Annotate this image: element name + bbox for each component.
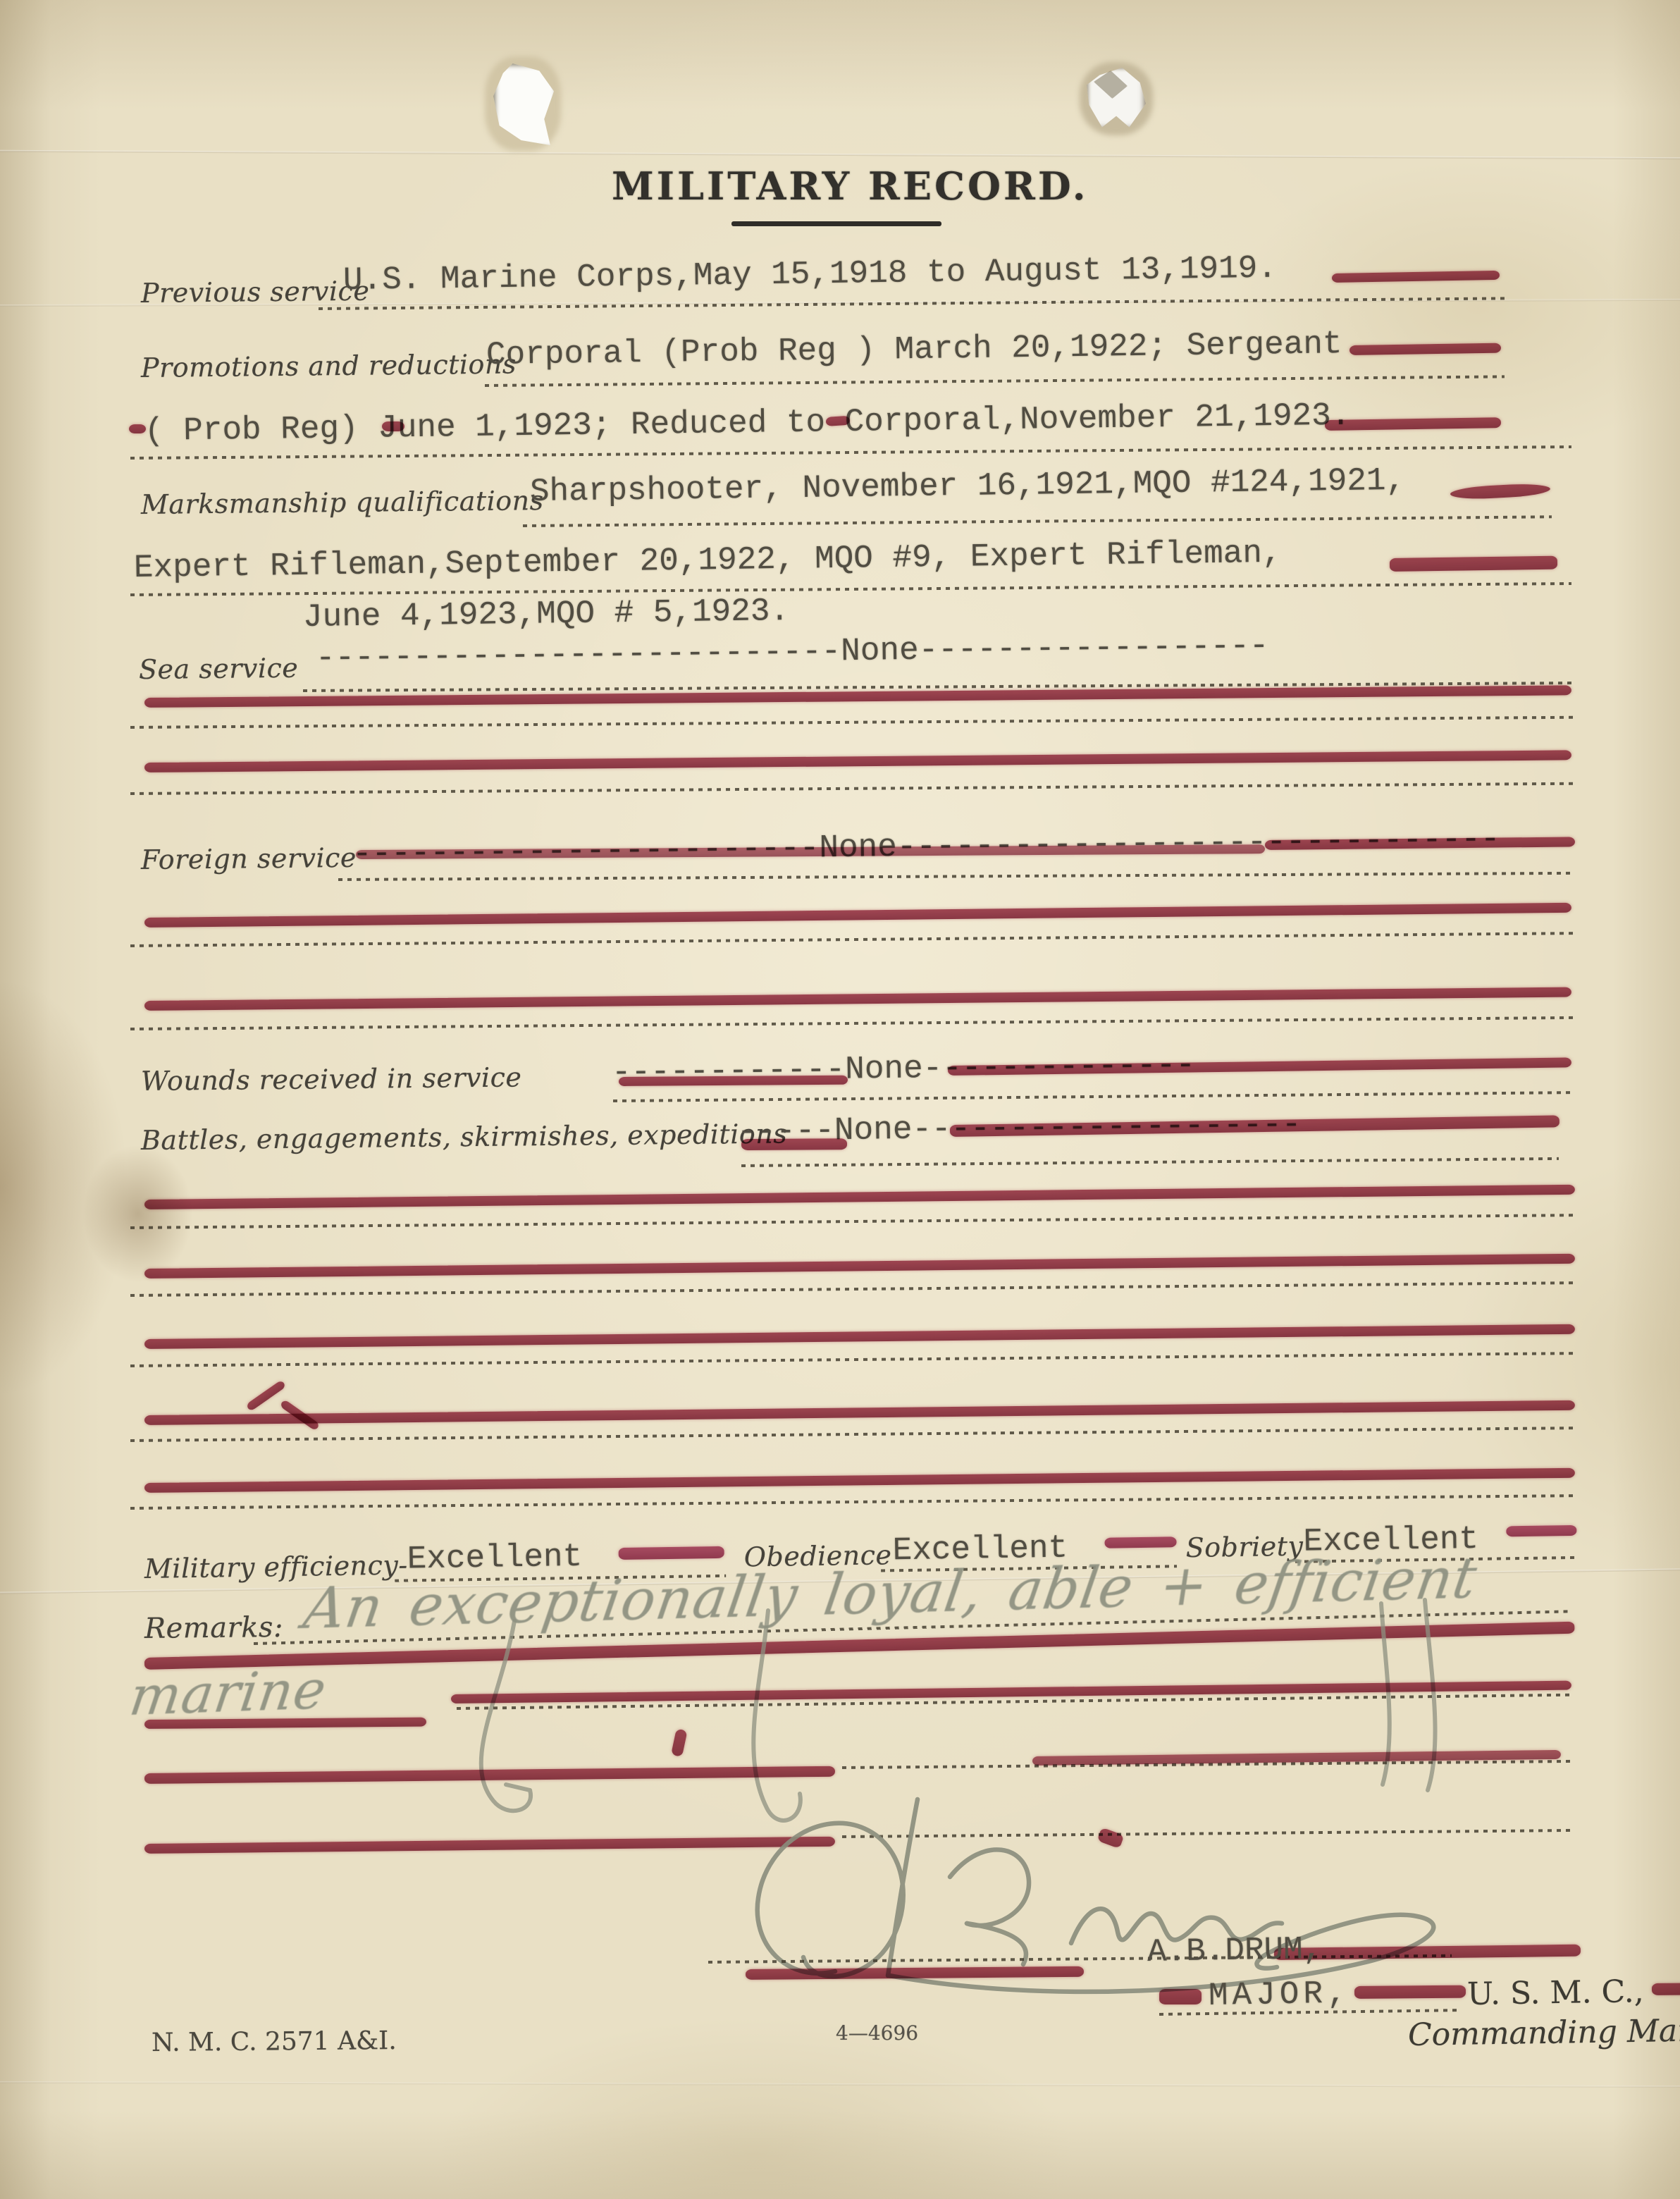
red-pen-dash <box>1506 1525 1576 1536</box>
red-strike-line <box>144 1400 1575 1425</box>
previous-service-label: Previous service <box>141 276 370 309</box>
form-rule <box>130 1214 1575 1229</box>
page-title: MILITARY RECORD. <box>612 164 1089 209</box>
form-number: N. M. C. 2571 A&I. <box>152 2026 397 2057</box>
form-rule <box>130 445 1571 460</box>
red-pen-tick <box>129 424 146 433</box>
marksmanship-value-line1: Sharpshooter, November 16,1921,MQO #124,… <box>530 462 1406 510</box>
promotions-label: Promotions and reductions <box>141 348 517 383</box>
red-pen-dash <box>1332 271 1500 283</box>
remarks-label: Remarks: <box>144 1611 283 1645</box>
red-strike-line <box>144 903 1571 928</box>
red-pen-dash <box>1104 1536 1176 1548</box>
paper-crease <box>0 150 1680 159</box>
promotions-value-line2: ( Prob Reg) June 1,1923; Reduced to Corp… <box>144 398 1351 450</box>
sea-service-label: Sea service <box>139 653 299 685</box>
form-rule <box>130 716 1575 729</box>
battles-label: Battles, engagements, skirmishes, expedi… <box>141 1118 788 1156</box>
red-strike-line <box>144 1468 1575 1493</box>
red-strike-bump <box>246 1380 287 1412</box>
red-strike-line <box>144 750 1571 772</box>
form-rule <box>613 1091 1571 1102</box>
signer-role: Commanding Marines. <box>1408 2012 1680 2053</box>
red-pen-dash <box>1325 417 1501 431</box>
form-rule <box>485 375 1505 387</box>
form-rule <box>130 932 1575 947</box>
signer-rank: MAJOR, <box>1209 1975 1352 2014</box>
military-record-document: MILITARY RECORD. Previous service U.S. M… <box>0 0 1680 2199</box>
form-rule <box>130 1281 1575 1297</box>
signer-branch: U. S. M. C., <box>1467 1973 1644 2012</box>
red-pen-dash <box>1390 556 1557 572</box>
red-strike-line <box>144 1254 1575 1279</box>
marksmanship-value-line3: June 4,1923,MQO # 5,1923. <box>303 593 790 636</box>
red-pen-dash <box>1652 1983 1680 1995</box>
form-rule <box>130 1352 1575 1367</box>
red-pen-tick <box>382 421 404 431</box>
red-pen-dash <box>1354 1985 1466 1999</box>
red-strike-line <box>144 1185 1575 1209</box>
form-rule <box>130 582 1571 596</box>
form-rule <box>130 1016 1575 1030</box>
form-rule <box>338 872 1571 881</box>
promotions-value-line1: Corporal (Prob Reg ) March 20,1922; Serg… <box>486 326 1342 374</box>
red-pen-blob <box>1159 1989 1202 2004</box>
signer-name: A.B.DRUM, <box>1147 1931 1323 1971</box>
wounds-label: Wounds received in service <box>141 1061 522 1097</box>
red-pen-dash <box>619 1546 724 1560</box>
marksmanship-label: Marksmanship qualifications <box>141 485 544 520</box>
form-rule <box>741 1157 1559 1167</box>
sea-service-value: ---------------------------None---------… <box>316 627 1269 677</box>
red-pen-dash <box>741 1138 847 1150</box>
form-rule <box>130 1427 1575 1442</box>
red-pen-dash <box>619 1076 848 1086</box>
previous-service-value: U.S. Marine Corps,May 15,1918 to August … <box>343 250 1278 299</box>
form-rule <box>130 782 1575 795</box>
red-strike-line <box>144 987 1571 1011</box>
signature-drum <box>705 1794 1515 1998</box>
marksmanship-value-line2: Expert Rifleman,September 20,1922, MQO #… <box>134 535 1282 586</box>
red-strike-line <box>144 1324 1575 1349</box>
foreign-service-label: Foreign service <box>141 842 357 875</box>
form-rule <box>130 1494 1575 1510</box>
paper-crease <box>0 2081 1680 2088</box>
red-pen-squiggle <box>1450 483 1551 500</box>
red-pen-dash <box>1349 343 1501 355</box>
form-rule <box>523 515 1552 527</box>
print-code: 4—4696 <box>836 2021 918 2045</box>
title-rule <box>731 221 941 226</box>
